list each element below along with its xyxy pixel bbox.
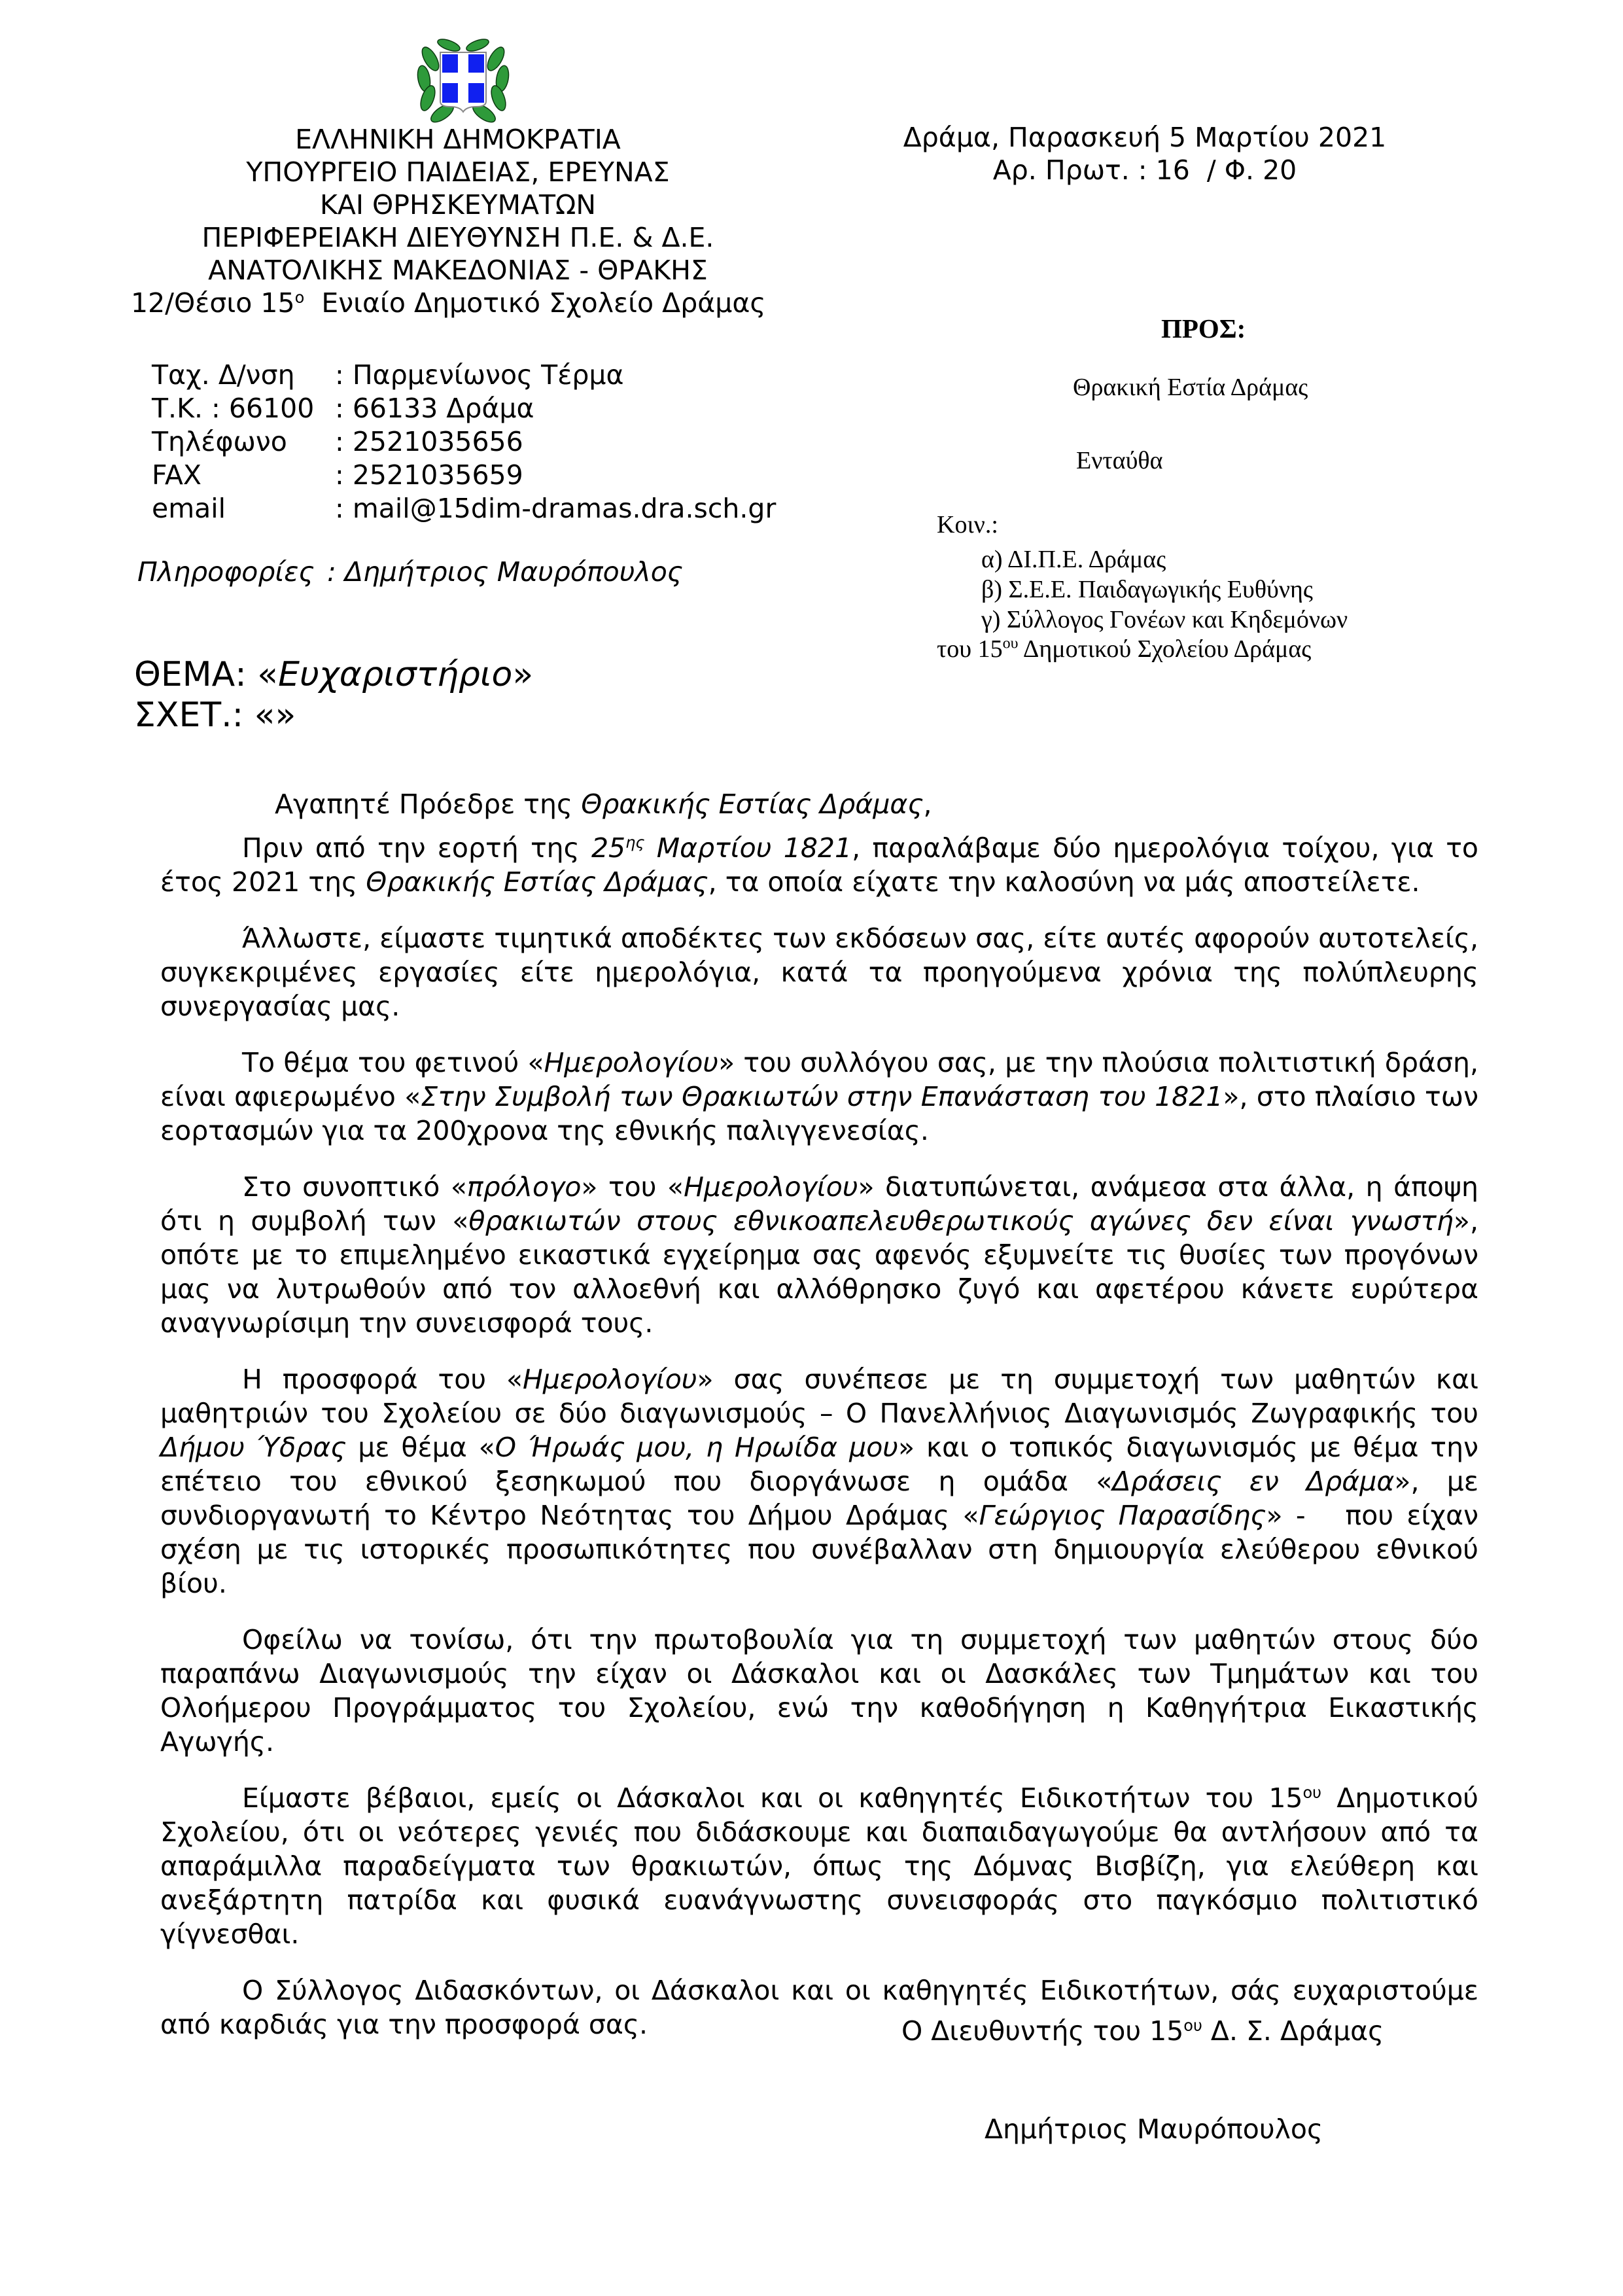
paragraph: Πριν από την εορτή της 25ης Μαρτίου 1821… bbox=[160, 831, 1478, 899]
letter-body: Πριν από την εορτή της 25ης Μαρτίου 1821… bbox=[160, 831, 1478, 2064]
org-line: ΕΛΛΗΝΙΚΗ ΔΗΜΟΚΡΑΤΙΑ bbox=[105, 123, 811, 156]
signatory-title: Ο Διευθυντής του 15ου Δ. Σ. Δράμας bbox=[901, 2015, 1384, 2047]
text-run: Ημερολογίου bbox=[684, 1171, 858, 1203]
text-run: , τα οποία είχατε την καλοσύνη να μάς απ… bbox=[708, 866, 1420, 898]
text-run: Δήμου Ύδρας bbox=[160, 1432, 346, 1463]
text-run: Ο Ήρωάς μου, η Ηρωίδα μου bbox=[495, 1432, 898, 1463]
organization-header: ΕΛΛΗΝΙΚΗ ΔΗΜΟΚΡΑΤΙΑ ΥΠΟΥΡΓΕΙΟ ΠΑΙΔΕΙΑΣ, … bbox=[105, 123, 811, 319]
text-run: με θέμα « bbox=[346, 1432, 495, 1463]
text-run: Θρακικής Εστίας Δράμας bbox=[366, 866, 708, 898]
paragraph: Είμαστε βέβαιοι, εμείς οι Δάσκαλοι και ο… bbox=[160, 1781, 1478, 1951]
recipient-title: ΠΡΟΣ: bbox=[1161, 313, 1246, 344]
paragraph: Η προσφορά του «Ημερολογίου» σας συνέπεσ… bbox=[160, 1362, 1478, 1600]
paragraph: Άλλωστε, είμαστε τιμητικά αποδέκτες των … bbox=[160, 921, 1478, 1023]
cc-item: γ) Σύλλογος Γονέων και Κηδεμόνων bbox=[981, 605, 1348, 635]
reference-line: ΣΧΕΤ.: «» bbox=[134, 695, 533, 735]
cc-item-continuation: του 15ου Δημοτικού Σχολείου Δράμας bbox=[937, 635, 1311, 663]
paragraph: Στο συνοπτικό «πρόλογο» του «Ημερολογίου… bbox=[160, 1170, 1478, 1340]
cc-item: β) Σ.Ε.Ε. Παιδαγωγικής Ευθύνης bbox=[981, 574, 1348, 605]
text-run: Στην Συμβολή των Θρακιωτών στην Επανάστα… bbox=[421, 1081, 1223, 1112]
contact-fax: FAX: 2521035659 bbox=[152, 459, 776, 492]
text-run: 25 bbox=[591, 832, 625, 864]
cc-label: Κοιν.: bbox=[937, 510, 998, 539]
text-run: » του « bbox=[581, 1171, 684, 1203]
org-line: ΑΝΑΤΟΛΙΚΗΣ ΜΑΚΕΔΟΝΙΑΣ - ΘΡΑΚΗΣ bbox=[105, 254, 811, 287]
paragraph: Το θέμα του φετινού «Ημερολογίου» του συ… bbox=[160, 1046, 1478, 1148]
text-run: ου bbox=[1183, 2016, 1202, 2034]
contact-address: Ταχ. Δ/νση: Παρμενίωνος Τέρμα bbox=[152, 359, 776, 392]
org-line: ΚΑΙ ΘΡΗΣΚΕΥΜΑΤΩΝ bbox=[105, 188, 811, 221]
text-run: Το θέμα του φετινού « bbox=[242, 1047, 544, 1078]
contact-email: email: mail@15dim-dramas.dra.sch.gr bbox=[152, 492, 776, 525]
text-run: 25ης Μαρτίου 1821 bbox=[591, 832, 852, 864]
text-run: Μαρτίου 1821 bbox=[644, 832, 852, 864]
date-block: Δράμα, Παρασκευή 5 Μαρτίου 2021 Αρ. Πρωτ… bbox=[864, 121, 1426, 186]
text-run: Δ. Σ. Δράμας bbox=[1202, 2015, 1384, 2047]
cc-list: α) ΔΙ.Π.Ε. Δράμας β) Σ.Ε.Ε. Παιδαγωγικής… bbox=[981, 544, 1348, 635]
paragraph: Οφείλω να τονίσω, ότι την πρωτοβουλία γι… bbox=[160, 1623, 1478, 1759]
date-line: Δράμα, Παρασκευή 5 Μαρτίου 2021 bbox=[864, 121, 1426, 154]
text-run: Είμαστε βέβαιοι, εμείς οι Δάσκαλοι και ο… bbox=[242, 1782, 1303, 1814]
text-run: Γεώργιος Παρασίδης bbox=[979, 1500, 1266, 1531]
recipient-location: Ενταύθα bbox=[1076, 446, 1163, 475]
text-run: θρακιωτών στους εθνικοαπελευθερωτικούς α… bbox=[468, 1205, 1454, 1237]
signatory-name: Δημήτριος Μαυρόπουλος bbox=[985, 2113, 1323, 2145]
org-line: ΠΕΡΙΦΕΡΕΙΑΚΗ ΔΙΕΥΘΥΝΣΗ Π.Ε. & Δ.Ε. bbox=[105, 221, 811, 254]
text-run: Η προσφορά του « bbox=[242, 1364, 523, 1395]
text-run: Στο συνοπτικό « bbox=[242, 1171, 467, 1203]
recipient-name: Θρακική Εστία Δράμας bbox=[1073, 373, 1308, 402]
greek-coat-of-arms-icon bbox=[411, 36, 515, 128]
text-run: ου bbox=[1303, 1783, 1322, 1801]
text-run: Ημερολογίου bbox=[544, 1047, 718, 1078]
salutation: Αγαπητέ Πρόεδρε της Θρακικής Εστίας Δράμ… bbox=[275, 788, 932, 820]
text-run: Δράσεις εν Δράμα bbox=[1112, 1466, 1394, 1497]
text-run: Ο Διευθυντής του 15 bbox=[901, 2015, 1183, 2047]
cc-item: α) ΔΙ.Π.Ε. Δράμας bbox=[981, 544, 1348, 574]
subject-line: ΘΕΜΑ: «Ευχαριστήριο» bbox=[134, 654, 533, 695]
subject-block: ΘΕΜΑ: «Ευχαριστήριο» ΣΧΕΤ.: «» bbox=[134, 654, 533, 735]
info-contact: Πληροφορίες: Δημήτριος Μαυρόπουλος bbox=[137, 556, 683, 588]
contact-details: Ταχ. Δ/νση: Παρμενίωνος Τέρμα Τ.Κ. : 661… bbox=[152, 359, 776, 525]
contact-postcode: Τ.Κ. : 66100: 66133 Δράμα bbox=[152, 392, 776, 425]
org-line: ΥΠΟΥΡΓΕΙΟ ΠΑΙΔΕΙΑΣ, ΕΡΕΥΝΑΣ bbox=[105, 156, 811, 188]
text-run: Πριν από την εορτή της bbox=[242, 832, 591, 864]
protocol-number: Αρ. Πρωτ. : 16 / Φ. 20 bbox=[864, 154, 1426, 186]
text-run: πρόλογο bbox=[467, 1171, 582, 1203]
text-run: ης bbox=[625, 833, 644, 851]
contact-phone: Τηλέφωνο: 2521035656 bbox=[152, 425, 776, 459]
school-name: 12/Θέσιο 15ο Ενιαίο Δημοτικό Σχολείο Δρά… bbox=[105, 287, 811, 319]
text-run: Ημερολογίου bbox=[523, 1364, 697, 1395]
